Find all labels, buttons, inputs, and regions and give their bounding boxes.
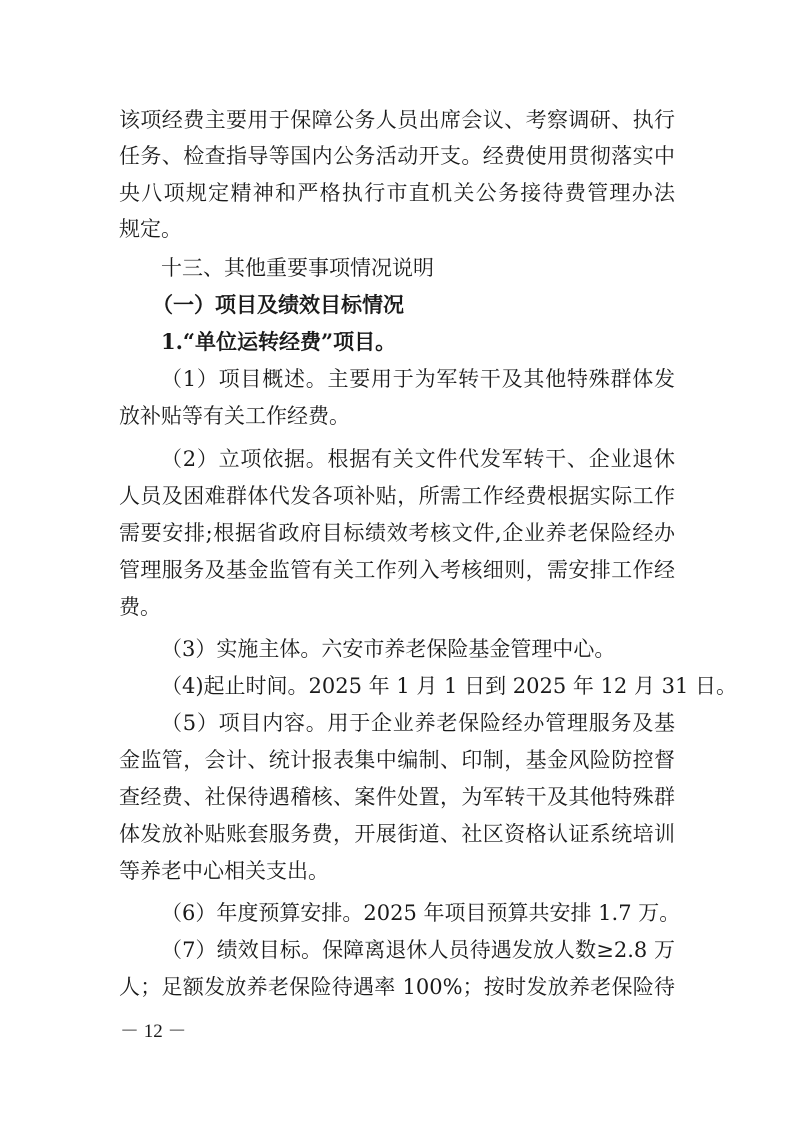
page-number: － 12 － <box>120 1016 187 1043</box>
paragraph-line: 管理服务及基金监管有关工作列入考核细则，需安排工作经 <box>119 556 675 584</box>
paragraph-line: 放补贴等有关工作经费。 <box>119 402 675 430</box>
document-page: 该项经费主要用于保障公务人员出席会议、考察调研、执行 任务、检查指导等国内公务活… <box>0 0 793 1122</box>
paragraph-line: （3）实施主体。六安市养老保险基金管理中心。 <box>161 635 675 663</box>
subsection-heading: （一）项目及绩效目标情况 <box>152 291 666 319</box>
paragraph-line: （2）立项依据。根据有关文件代发军转干、企业退休 <box>161 445 675 473</box>
paragraph-line: 查经费、社保待遇稽核、案件处置，为军转干及其他特殊群 <box>119 783 675 811</box>
paragraph-line: （6）年度预算安排。2025 年项目预算共安排 1.7 万。 <box>161 899 675 927</box>
paragraph-line: 体发放补贴账套服务费，开展街道、社区资格认证系统培训 <box>119 820 675 848</box>
paragraph-line: 金监管，会计、统计报表集中编制、印制，基金风险防控督 <box>119 746 675 774</box>
paragraph-line: 人员及困难群体代发各项补贴，所需工作经费根据实际工作 <box>119 482 675 510</box>
paragraph-line: （5）项目内容。用于企业养老保险经办管理服务及基 <box>161 709 675 737</box>
paragraph-line: 任务、检查指导等国内公务活动开支。经费使用贯彻落实中 <box>119 142 675 170</box>
paragraph-line: 等养老中心相关支出。 <box>119 857 675 885</box>
paragraph-line: （4)起止时间。2025 年 1 月 1 日到 2025 年 12 月 31 日… <box>161 672 675 700</box>
paragraph-line: 央八项规定精神和严格执行市直机关公务接待费管理办法 <box>119 179 675 207</box>
paragraph-line: （1）项目概述。主要用于为军转干及其他特殊群体发 <box>161 365 675 393</box>
item-heading: 1.“单位运转经费”项目。 <box>161 328 675 356</box>
paragraph-line: 规定。 <box>119 215 675 243</box>
paragraph-line: 该项经费主要用于保障公务人员出席会议、考察调研、执行 <box>119 106 675 134</box>
paragraph-line: 人；足额发放养老保险待遇率 100%；按时发放养老保险待 <box>119 973 675 1001</box>
paragraph-line: 费。 <box>119 593 675 621</box>
paragraph-line: 需要安排;根据省政府目标绩效考核文件,企业养老保险经办 <box>119 519 675 547</box>
section-heading: 十三、其他重要事项情况说明 <box>161 254 675 282</box>
paragraph-line: （7）绩效目标。保障离退休人员待遇发放人数≥2.8 万 <box>161 936 675 964</box>
